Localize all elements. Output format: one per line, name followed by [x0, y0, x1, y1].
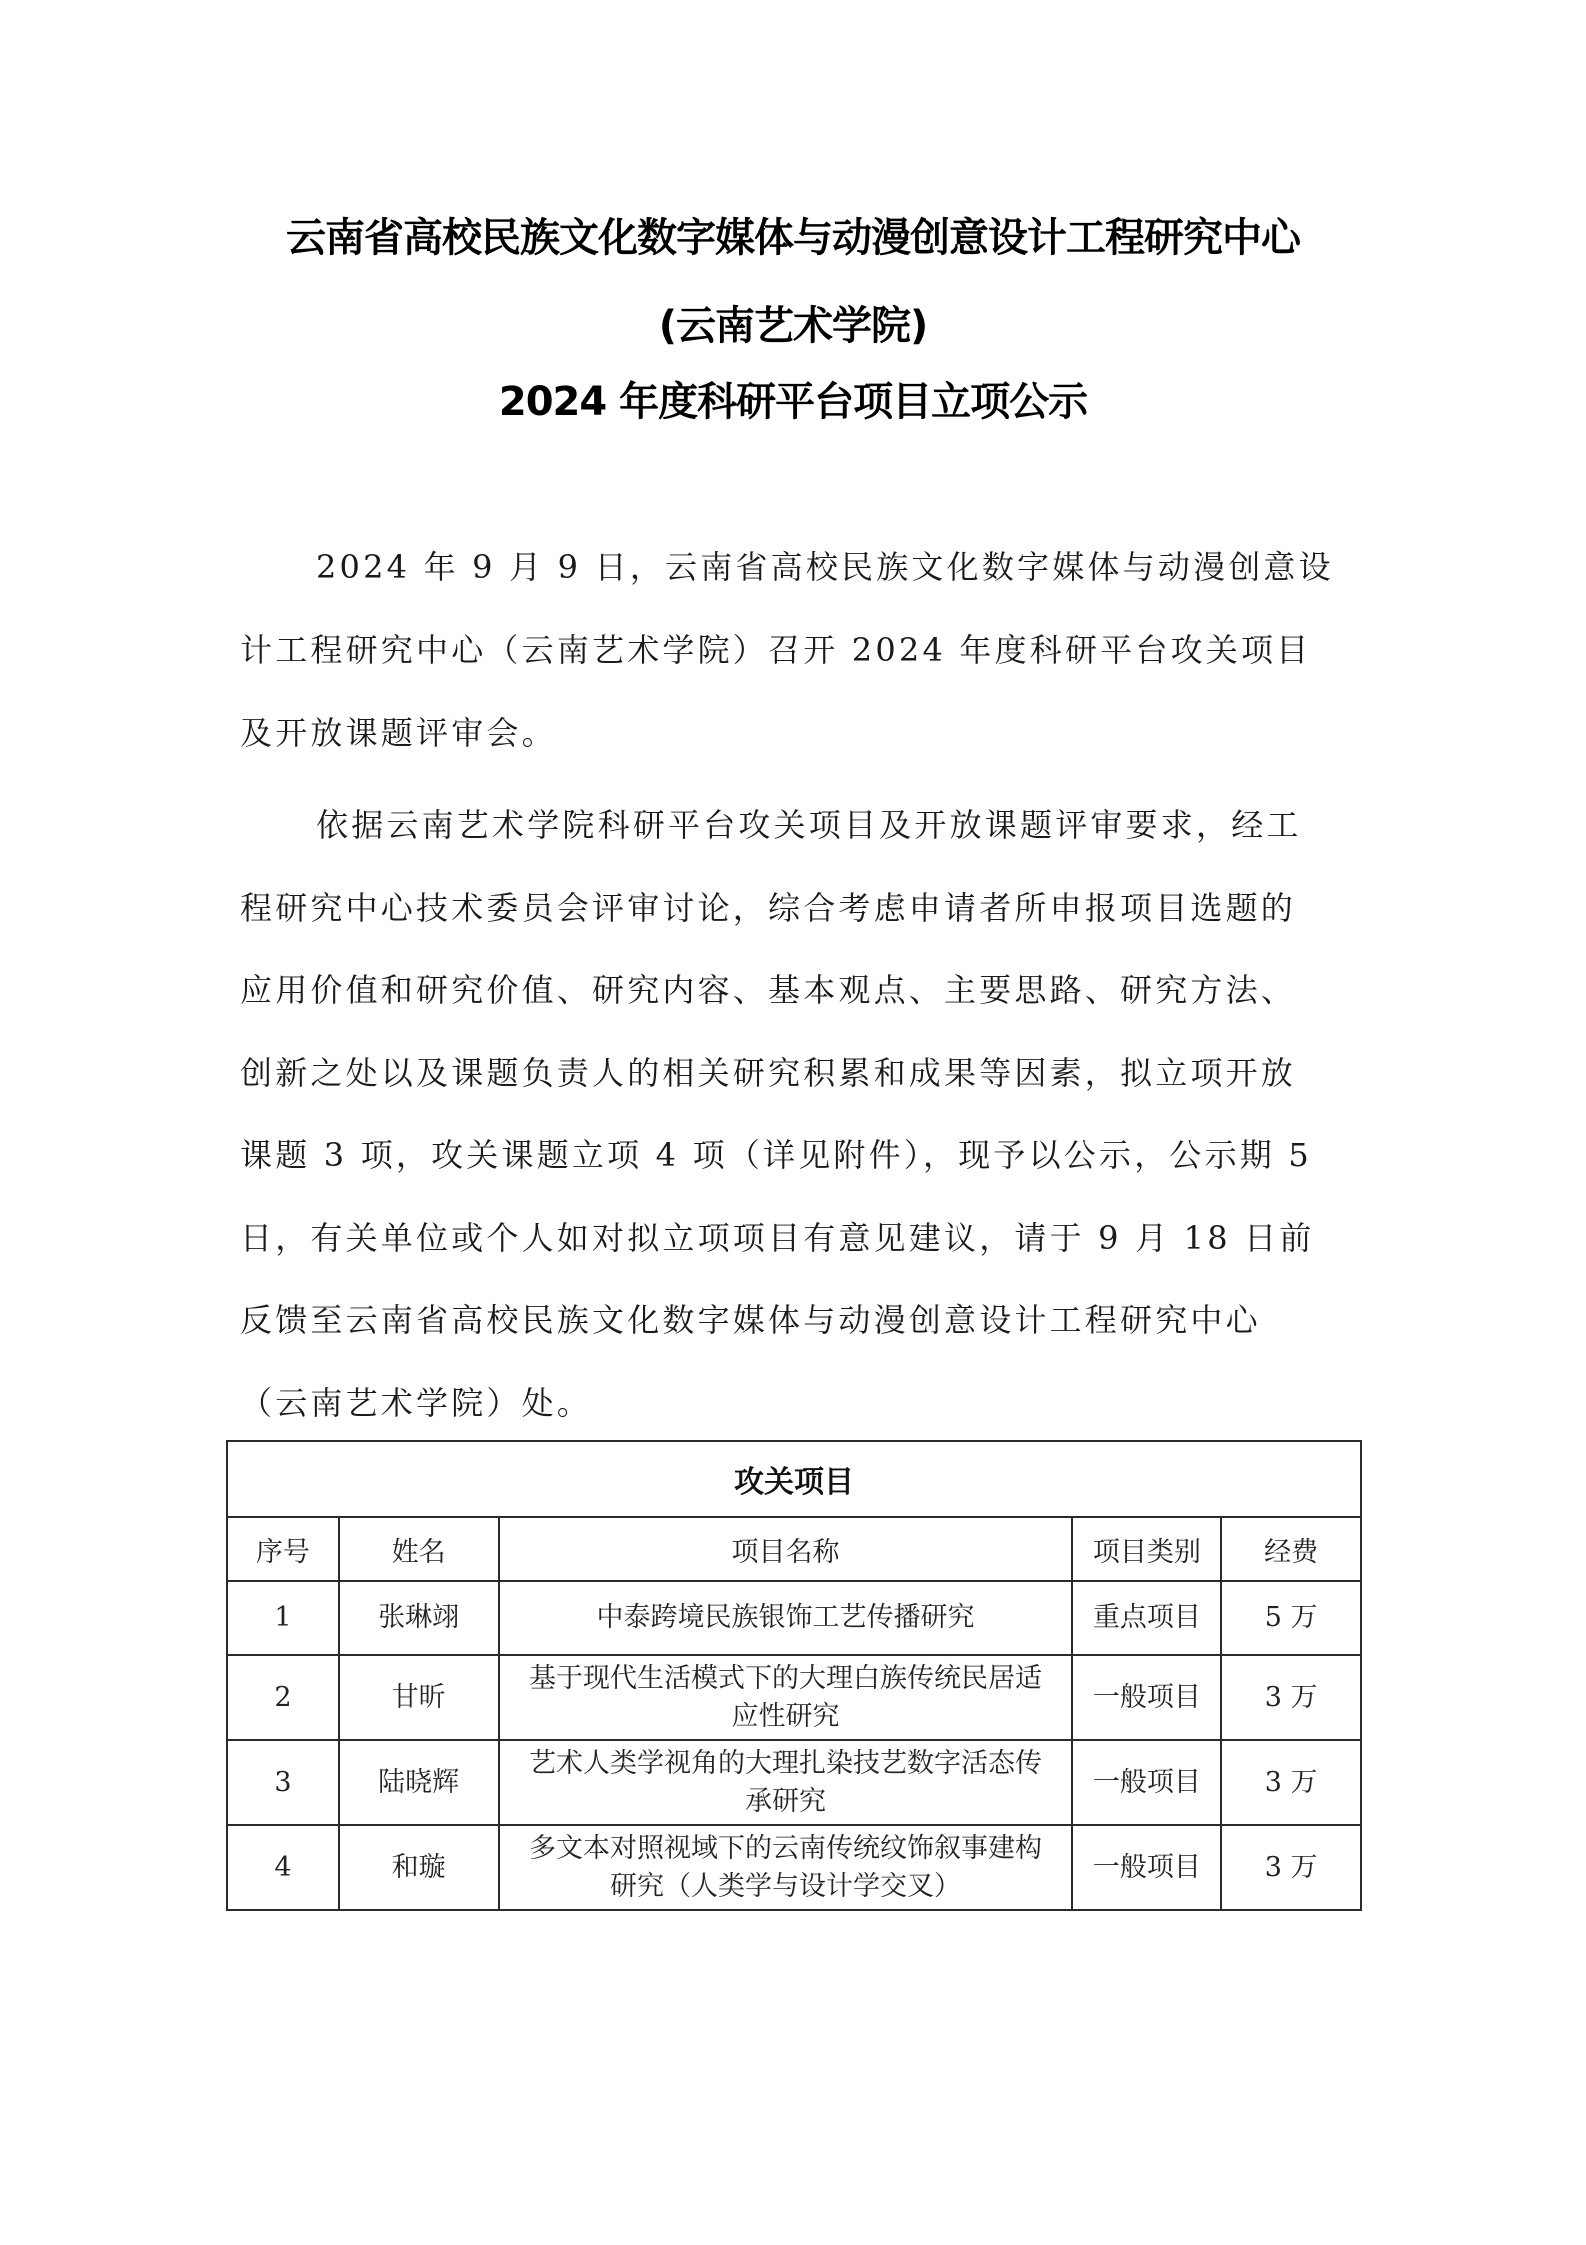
cell-project: 基于现代生活模式下的大理白族传统民居适应性研究 — [499, 1655, 1073, 1740]
header-name: 姓名 — [339, 1517, 499, 1581]
header-project: 项目名称 — [499, 1517, 1073, 1581]
header-index: 序号 — [227, 1517, 339, 1581]
cell-name: 张琳翊 — [339, 1581, 499, 1655]
paragraph-2-line-4: 创新之处以及课题负责人的相关研究积累和成果等因素，拟立项开放 — [240, 1053, 1296, 1093]
table-row: 1 张琳翊 中泰跨境民族银饰工艺传播研究 重点项目 5 万 — [227, 1581, 1361, 1655]
title-line-institution: 云南省高校民族文化数字媒体与动漫创意设计工程研究中心 — [0, 218, 1586, 258]
table-row: 4 和璇 多文本对照视域下的云南传统纹饰叙事建构研究（人类学与设计学交叉） 一般… — [227, 1825, 1361, 1910]
title-line-announcement: 2024 年度科研平台项目立项公示 — [0, 382, 1586, 422]
paragraph-2-line-5: 课题 3 项，攻关课题立项 4 项（详见附件），现予以公示，公示期 5 — [240, 1135, 1312, 1175]
paragraph-2-line-7: 反馈至云南省高校民族文化数字媒体与动漫创意设计工程研究中心 — [240, 1300, 1261, 1340]
cell-project: 多文本对照视域下的云南传统纹饰叙事建构研究（人类学与设计学交叉） — [499, 1825, 1073, 1910]
cell-index: 3 — [227, 1740, 339, 1825]
cell-name: 甘昕 — [339, 1655, 499, 1740]
cell-index: 2 — [227, 1655, 339, 1740]
table-row: 3 陆晓辉 艺术人类学视角的大理扎染技艺数字活态传承研究 一般项目 3 万 — [227, 1740, 1361, 1825]
cell-category: 一般项目 — [1072, 1740, 1221, 1825]
title-line-college: (云南艺术学院) — [0, 306, 1586, 346]
paragraph-2-line-3: 应用价值和研究价值、研究内容、基本观点、主要思路、研究方法、 — [240, 970, 1296, 1010]
cell-project: 中泰跨境民族银饰工艺传播研究 — [499, 1581, 1073, 1655]
table-header-row: 序号 姓名 项目名称 项目类别 经费 — [227, 1517, 1361, 1581]
cell-name: 陆晓辉 — [339, 1740, 499, 1825]
paragraph-1-line-3: 及开放课题评审会。 — [240, 713, 557, 753]
table-row: 2 甘昕 基于现代生活模式下的大理白族传统民居适应性研究 一般项目 3 万 — [227, 1655, 1361, 1740]
paragraph-1-line-2: 计工程研究中心（云南艺术学院）召开 2024 年度科研平台攻关项目 — [240, 630, 1311, 670]
paragraph-2-line-8: （云南艺术学院）处。 — [240, 1383, 592, 1423]
paragraph-2-line-1: 依据云南艺术学院科研平台攻关项目及开放课题评审要求，经工 — [316, 805, 1302, 845]
paragraph-2-line-6: 日，有关单位或个人如对拟立项项目有意见建议，请于 9 月 18 日前 — [240, 1218, 1315, 1258]
paragraph-2-line-2: 程研究中心技术委员会评审讨论，综合考虑申请者所申报项目选题的 — [240, 888, 1296, 928]
cell-funding: 3 万 — [1221, 1655, 1361, 1740]
cell-index: 1 — [227, 1581, 339, 1655]
key-projects-table: 攻关项目 序号 姓名 项目名称 项目类别 经费 1 张琳翊 中泰跨境民族银饰工艺… — [226, 1440, 1362, 1911]
cell-funding: 3 万 — [1221, 1825, 1361, 1910]
cell-category: 一般项目 — [1072, 1655, 1221, 1740]
cell-category: 重点项目 — [1072, 1581, 1221, 1655]
header-funding: 经费 — [1221, 1517, 1361, 1581]
cell-funding: 3 万 — [1221, 1740, 1361, 1825]
cell-name: 和璇 — [339, 1825, 499, 1910]
cell-project: 艺术人类学视角的大理扎染技艺数字活态传承研究 — [499, 1740, 1073, 1825]
header-category: 项目类别 — [1072, 1517, 1221, 1581]
cell-category: 一般项目 — [1072, 1825, 1221, 1910]
cell-funding: 5 万 — [1221, 1581, 1361, 1655]
cell-index: 4 — [227, 1825, 339, 1910]
paragraph-1-line-1: 2024 年 9 月 9 日，云南省高校民族文化数字媒体与动漫创意设 — [316, 547, 1334, 587]
table-caption: 攻关项目 — [227, 1441, 1361, 1517]
